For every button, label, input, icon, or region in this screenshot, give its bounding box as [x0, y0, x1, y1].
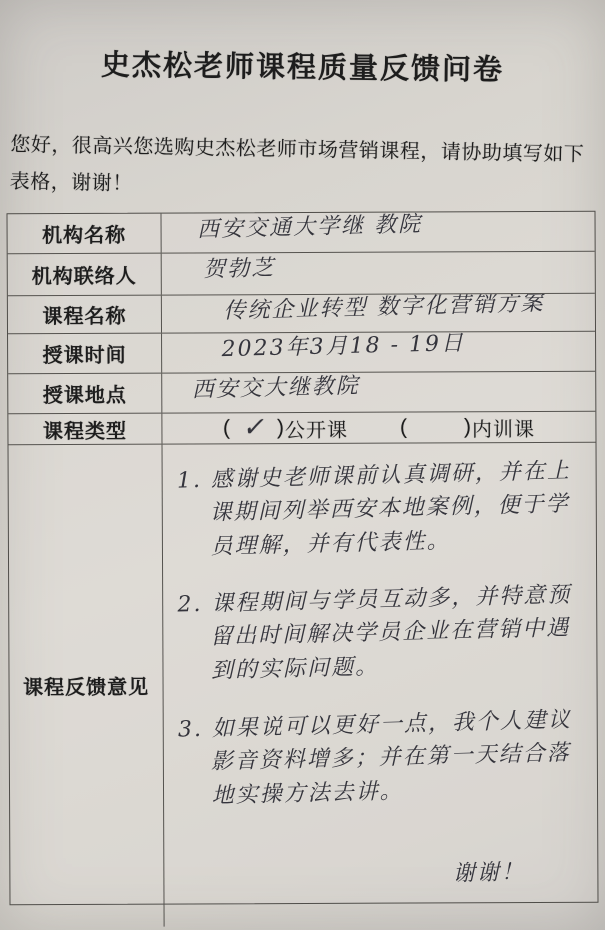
feedback-item-1: 1. 感谢史老师课前认真调研，并在上课期间列举西安本地案例，便于学员理解，并有代… [176, 454, 581, 564]
table-row-course-time: 授课时间 2023年3月18 - 19日 [8, 332, 595, 375]
course-time-handwriting: 2023年3月18 - 19日 [162, 332, 465, 373]
close-paren: ) [277, 416, 285, 440]
contact-handwriting: 贺勃芝 [162, 252, 276, 295]
feedback-item-2: 2. 课程期间与学员互动多，并特意预留出时间解决学员企业在营销中遇到的实际问题。 [177, 579, 582, 689]
checkmark-icon: ✓ [230, 412, 277, 443]
course-time-value: 2023年3月18 - 19日 [162, 332, 595, 373]
table-row-course-location: 授课地点 西安交大继教院 [8, 372, 595, 415]
course-name-handwriting: 传统企业转型 数字化营销方案 [162, 294, 545, 333]
page-title: 史杰松老师课程质量反馈问卷 [0, 42, 605, 90]
feedback-closing-thanks: 谢谢！ [180, 853, 584, 894]
table-row-feedback: 课程反馈意见 1. 感谢史老师课前认真调研，并在上课期间列举西安本地案例，便于学… [9, 443, 598, 927]
internal-course-option: ( ) 内训课 [400, 412, 535, 442]
org-name-handwriting: 西安交通大学继 教院 [161, 212, 422, 253]
open-paren: ( [223, 416, 231, 440]
table-row-contact: 机构联络人 贺勃芝 [8, 252, 595, 297]
contact-label: 机构联络人 [8, 254, 162, 296]
course-name-value: 传统企业转型 数字化营销方案 [162, 294, 595, 333]
course-location-value: 西安交大继教院 [162, 372, 595, 413]
open-paren-2: ( [400, 416, 408, 440]
course-location-handwriting: 西安交大继教院 [162, 372, 360, 413]
open-course-text: 公开课 [285, 413, 348, 442]
feedback-item-3: 3. 如果说可以更好一点，我个人建议影音资料增多；并在第一天结合落地实操方法去讲… [178, 703, 583, 813]
close-paren-2: ) [464, 415, 472, 439]
course-time-label: 授课时间 [8, 334, 162, 374]
questionnaire-photo: 史杰松老师课程质量反馈问卷 您好，很高兴您选购史杰松老师市场营销课程，请协助填写… [0, 0, 605, 930]
internal-course-text: 内训课 [472, 412, 535, 441]
contact-value: 贺勃芝 [162, 252, 595, 295]
feedback-form-table: 机构名称 西安交通大学继 教院 机构联络人 贺勃芝 课程名称 传统企业转型 数字… [6, 211, 598, 906]
open-course-option: ( ✓ ) 公开课 [223, 413, 348, 444]
course-name-label: 课程名称 [8, 296, 162, 334]
course-type-value: ( ✓ ) 公开课 ( ) 内训课 [162, 412, 595, 444]
course-location-label: 授课地点 [8, 374, 162, 414]
table-row-course-type: 课程类型 ( ✓ ) 公开课 ( ) 内训课 [8, 412, 595, 446]
org-name-label: 机构名称 [7, 214, 161, 254]
table-row-org-name: 机构名称 西安交通大学继 教院 [7, 212, 594, 255]
course-type-label: 课程类型 [8, 414, 162, 445]
org-name-value: 西安交通大学继 教院 [161, 212, 594, 253]
feedback-value: 1. 感谢史老师课前认真调研，并在上课期间列举西安本地案例，便于学员理解，并有代… [163, 443, 598, 927]
table-row-course-name: 课程名称 传统企业转型 数字化营销方案 [8, 294, 595, 335]
feedback-label: 课程反馈意见 [9, 445, 165, 928]
intro-text: 您好，很高兴您选购史杰松老师市场营销课程，请协助填写如下表格，谢谢！ [9, 127, 596, 211]
